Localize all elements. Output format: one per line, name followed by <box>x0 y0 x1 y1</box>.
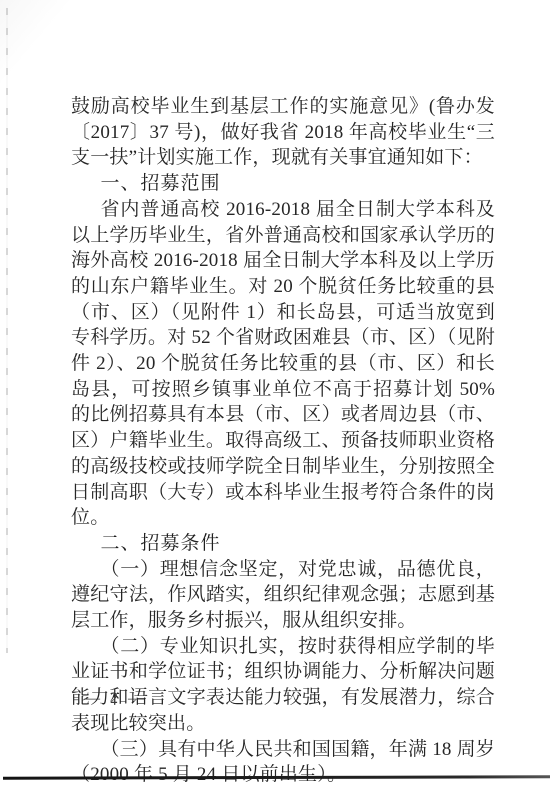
document-body: 鼓励高校毕业生到基层工作的实施意见》(鲁办发〔2017〕37 号)，做好我省 2… <box>71 94 495 786</box>
scanned-document-page: 鼓励高校毕业生到基层工作的实施意见》(鲁办发〔2017〕37 号)，做好我省 2… <box>0 0 558 786</box>
paragraph-intro-continuation: 鼓励高校毕业生到基层工作的实施意见》(鲁办发〔2017〕37 号)，做好我省 2… <box>71 94 495 171</box>
paragraph-condition-1: （一）理想信念坚定，对党忠诚，品德优良，遵纪守法，作风踏实，组织纪律观念强；志愿… <box>71 557 495 634</box>
section-heading-recruitment-scope: 一、招募范围 <box>100 171 495 197</box>
paragraph-recruitment-scope: 省内普通高校 2016-2018 届全日制大学本科及以上学历毕业生，省外普通高校… <box>71 197 495 531</box>
paragraph-condition-2: （二）专业知识扎实，按时获得相应学制的毕业证书和学位证书；组织协调能力、分析解决… <box>71 634 495 737</box>
page-number: — 2 — <box>84 690 147 708</box>
scan-edge-artifact-left <box>6 8 8 653</box>
section-heading-recruitment-conditions: 二、招募条件 <box>100 531 495 557</box>
